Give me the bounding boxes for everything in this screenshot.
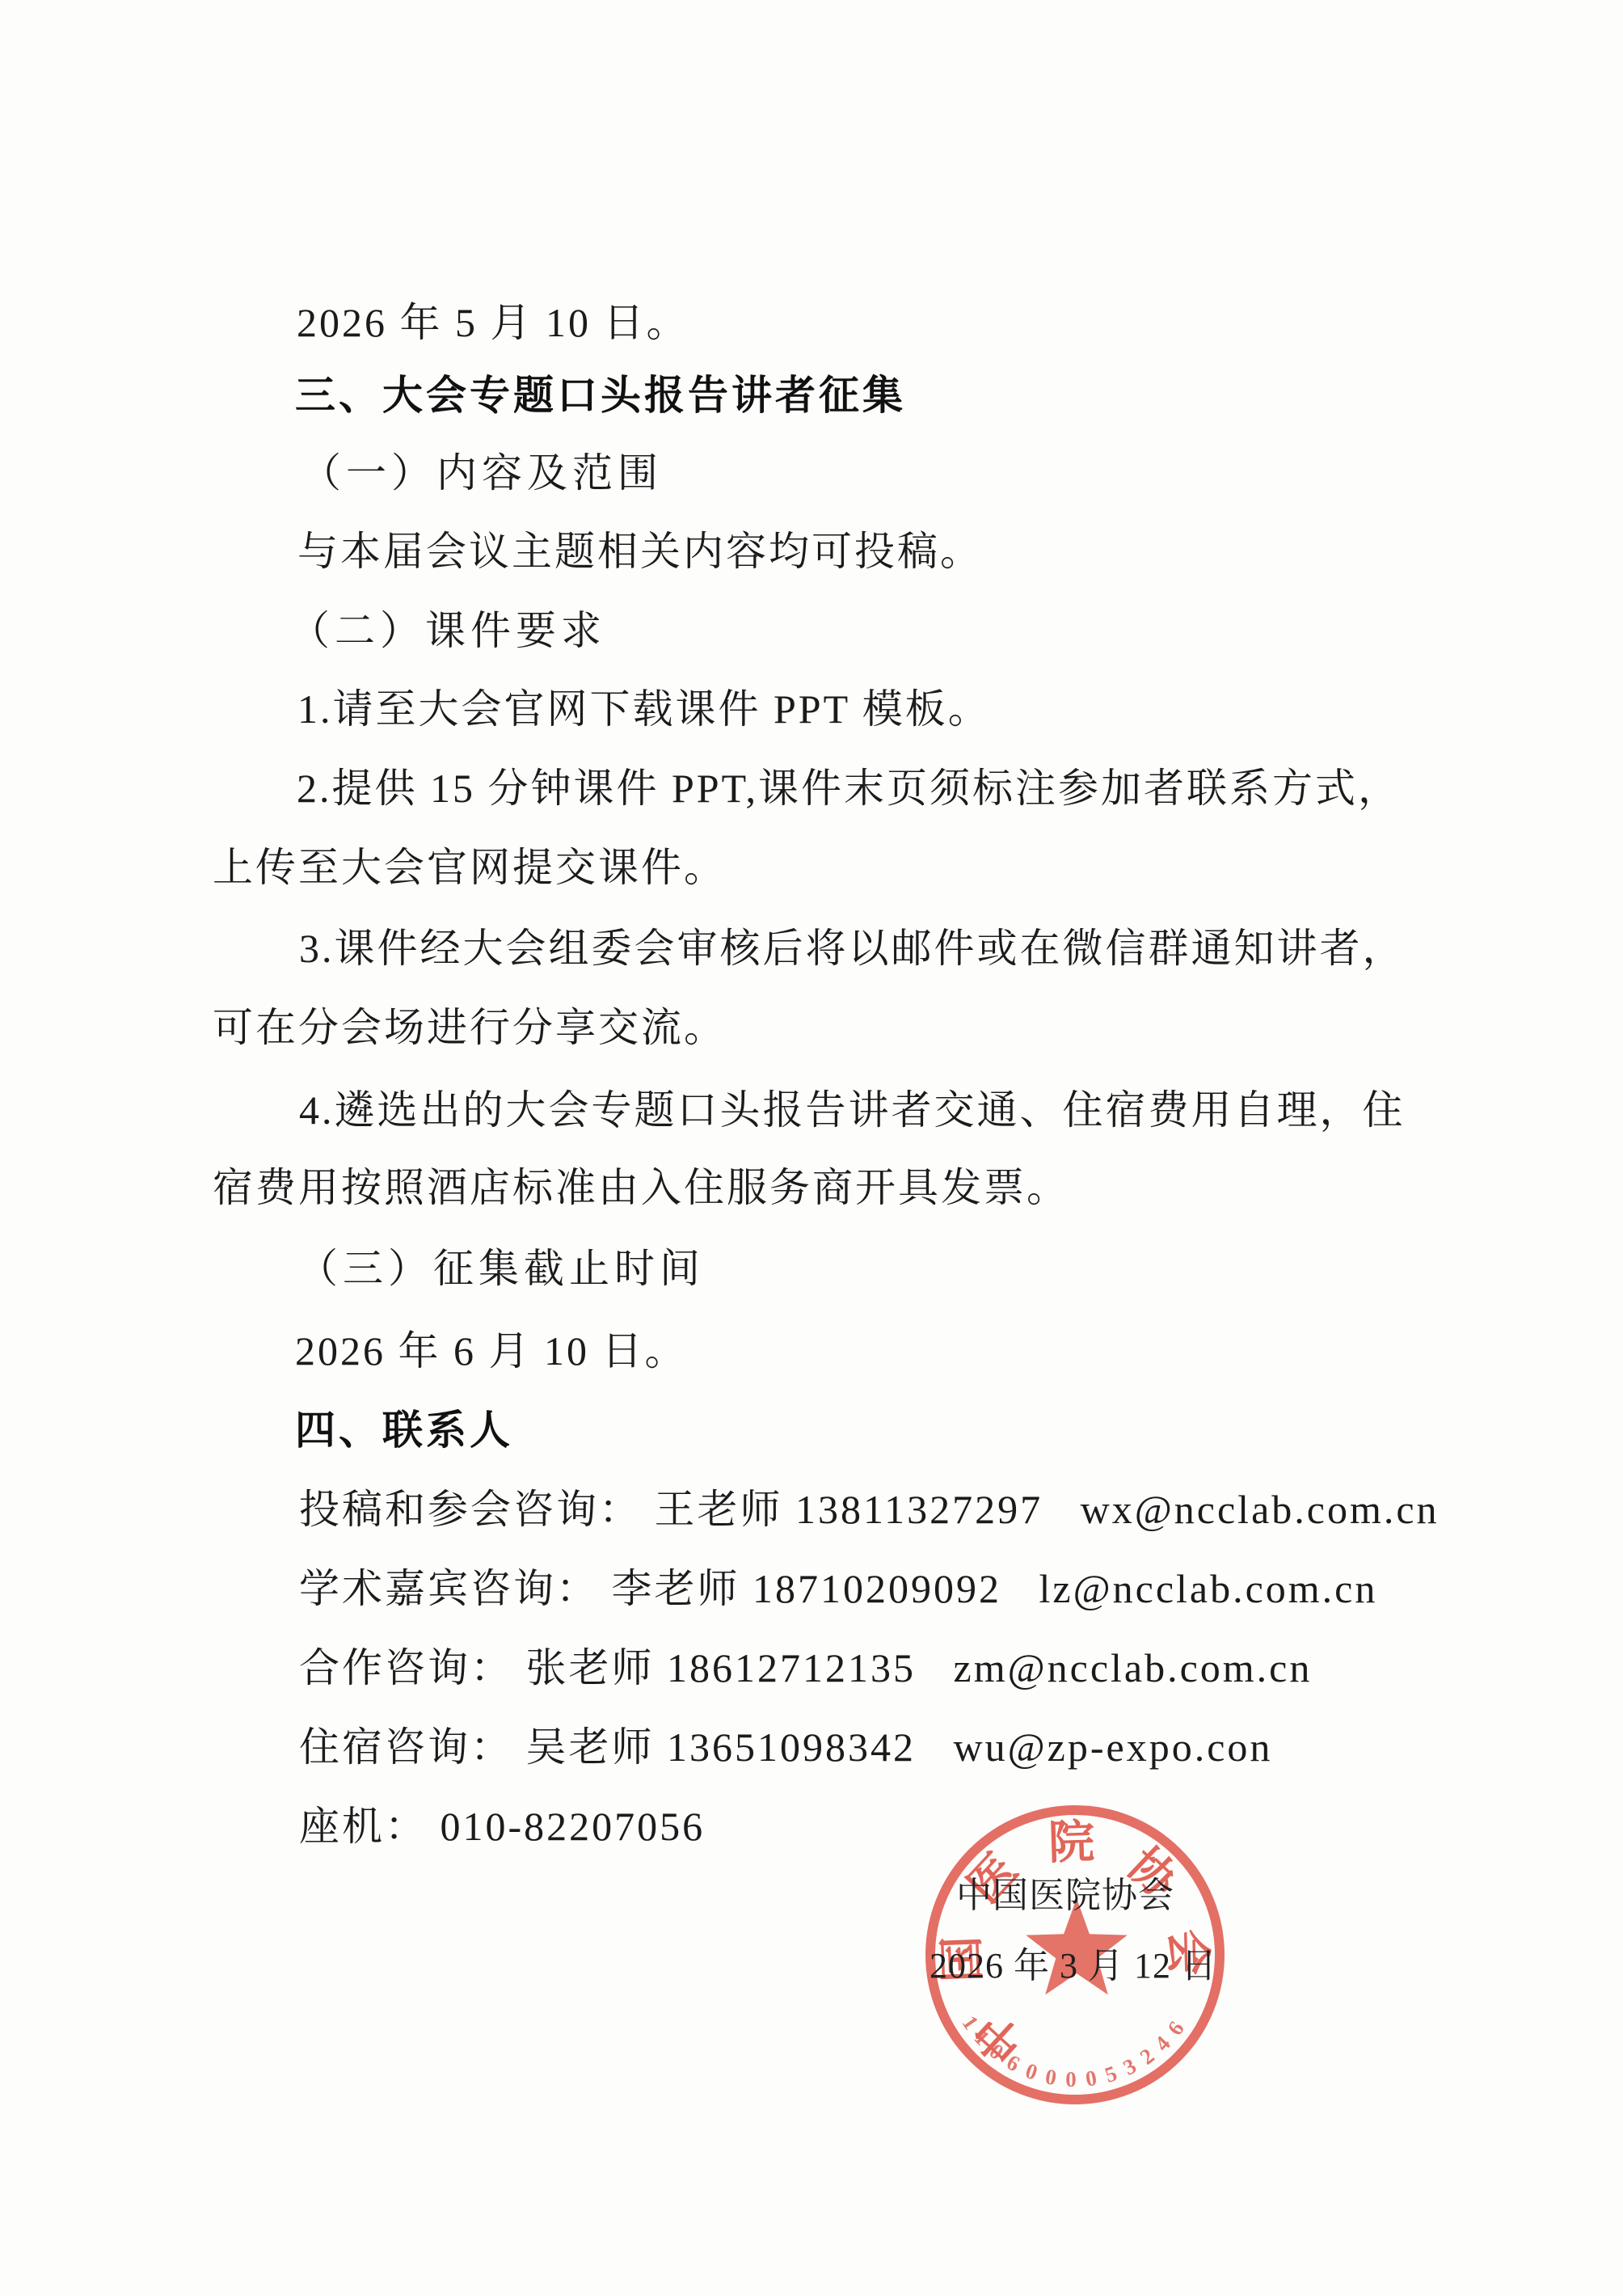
doc-line: 可在分会场进行分享交流。 [213,1006,727,1050]
doc-line: 4.遴选出的大会专题口头报告讲者交通、住宿费用自理，住 [299,1088,1406,1133]
doc-line: 宿费用按照酒店标准由入住服务商开具发票。 [213,1166,1069,1210]
doc-line: 1.请至大会官网下载课件 PPT 模板。 [297,687,991,732]
doc-line: 与本届会议主题相关内容均可投稿。 [297,530,983,574]
contact-line-accommodation: 住宿咨询： 吴老师 13651098342 wu@zp-expo.con [299,1725,1272,1770]
doc-heading-section-4: 四、联系人 [295,1408,513,1453]
contact-line-academic: 学术嘉宾咨询： 李老师 18710209092 lz@ncclab.com.cn [299,1567,1377,1611]
doc-line: 2026 年 6 月 10 日。 [295,1329,688,1374]
doc-heading-section-3: 三、大会专题口头报告讲者征集 [295,374,906,418]
document-page: 2026 年 5 月 10 日。 三、大会专题口头报告讲者征集 （一）内容及范围… [0,0,1623,2296]
doc-subheading: （二）课件要求 [289,609,606,653]
official-seal-stamp: 中国医院协会 1106000053246 中国医院协会 2026 年 3 月 1… [913,1797,1237,2121]
doc-line: 2.提供 15 分钟课件 PPT,课件末页须标注参加者联系方式， [297,766,1401,811]
doc-line: 上传至大会官网提交课件。 [213,846,727,890]
doc-subheading: （三）征集截止时间 [297,1247,705,1291]
contact-line-submission: 投稿和参会咨询： 王老师 13811327297 wx@ncclab.com.c… [299,1488,1440,1532]
contact-line-cooperation: 合作咨询： 张老师 18612712135 zm@ncclab.com.cn [299,1646,1312,1690]
doc-line: 2026 年 5 月 10 日。 [297,301,689,345]
signature-org-name: 中国医院协会 [956,1866,1174,1918]
doc-subheading: （一）内容及范围 [301,451,663,496]
doc-line: 3.课件经大会组委会审核后将以邮件或在微信群通知讲者， [299,926,1406,971]
contact-line-landline: 座机： 010-82207056 [299,1804,705,1849]
signature-date: 2026 年 3 月 12 日 [930,1936,1217,1988]
